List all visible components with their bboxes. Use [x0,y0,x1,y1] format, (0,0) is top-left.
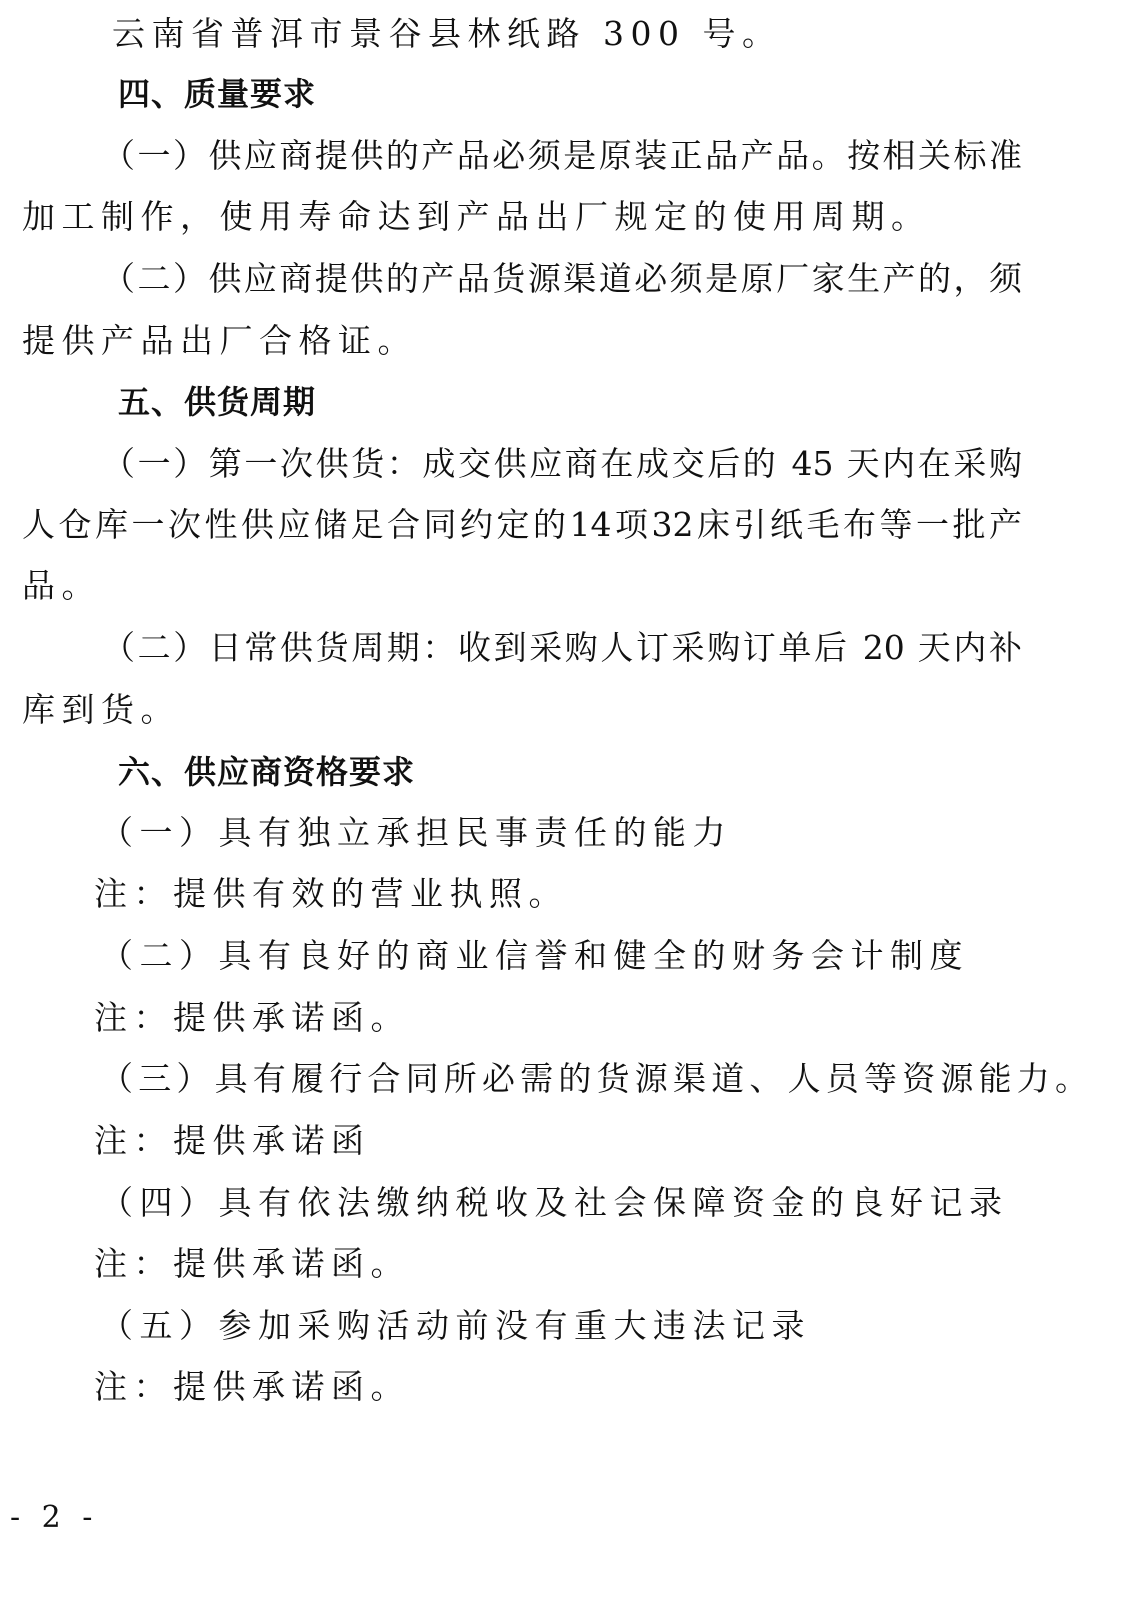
paragraph-line: 加工制作，使用寿命达到产品出厂规定的使用周期。 [22,197,931,237]
requirement-note: 注：提供承诺函。 [94,998,410,1038]
section-heading-supply-cycle: 五、供货周期 [118,382,316,422]
page-number: - 2 - [10,1500,98,1535]
address-line: 云南省普洱市景谷县林纸路 300 号。 [112,14,781,54]
requirement-item: （三）具有履行合同所必需的货源渠道、人员等资源能力。 [100,1059,1093,1099]
requirement-note: 注：提供有效的营业执照。 [94,874,568,914]
paragraph-line: 品。 [22,566,101,606]
requirement-note: 注：提供承诺函。 [94,1367,410,1407]
requirement-item: （一）具有独立承担民事责任的能力 [100,813,732,853]
paragraph-line: 人仓库一次性供应储足合同约定的14项32床引纸毛布等一批产 [22,505,1022,545]
requirement-item: （四）具有依法缴纳税收及社会保障资金的良好记录 [100,1183,1009,1223]
requirement-item: （五）参加采购活动前没有重大违法记录 [100,1306,811,1346]
paragraph-line: （一）第一次供货：成交供应商在成交后的 45 天内在采购 [22,444,1022,484]
requirement-item: （二）具有良好的商业信誉和健全的财务会计制度 [100,936,969,976]
section-heading-supplier-qualifications: 六、供应商资格要求 [118,752,415,792]
requirement-note: 注：提供承诺函 [94,1121,371,1161]
paragraph-line: 库到货。 [22,690,180,730]
document-page: 云南省普洱市景谷县林纸路 300 号。 四、质量要求 （一）供应商提供的产品必须… [0,0,1134,1600]
paragraph-line: 提供产品出厂合格证。 [22,321,417,361]
paragraph-line: （二）供应商提供的产品货源渠道必须是原厂家生产的，须 [22,259,1022,299]
paragraph-line: （二）日常供货周期：收到采购人订采购订单后 20 天内补 [22,628,1022,668]
section-heading-quality: 四、质量要求 [118,74,316,114]
requirement-note: 注：提供承诺函。 [94,1244,410,1284]
paragraph-line: （一）供应商提供的产品必须是原装正品产品。按相关标准 [22,136,1022,176]
